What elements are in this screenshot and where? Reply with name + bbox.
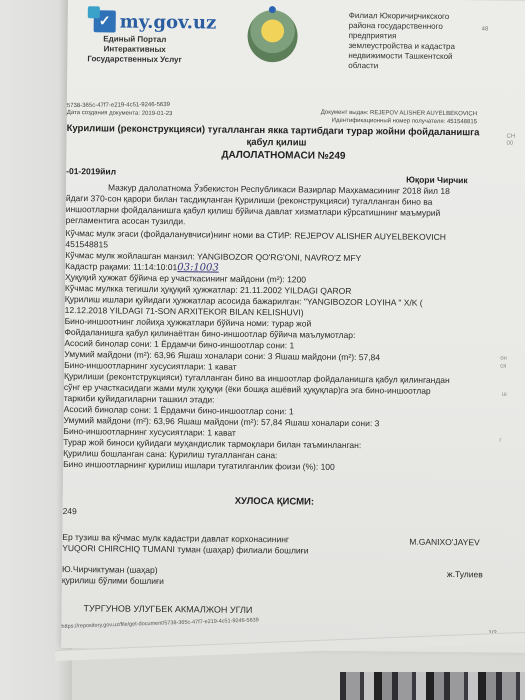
- document-id: 5738-365c-47f7-e219-4c51-9246-5639: [67, 102, 170, 109]
- signature-block-1: Ер тузиш ва кўчмас мулк кадастри давлат …: [62, 532, 309, 557]
- signature-name-2: ж.Тулиев: [447, 569, 483, 580]
- signer-full-name: ТУРГУНОВ УЛУГБЕК АКМАЛЖОН УГЛИ: [84, 603, 253, 616]
- mygov-logo: ✓ my.gov.uz: [94, 10, 217, 33]
- act-date: -01-2019йил: [66, 166, 116, 177]
- checkmark-icon: ✓: [94, 10, 116, 32]
- act-number-title: ДАЛОЛАТНОМАСИ №249: [221, 150, 345, 162]
- signature-name-1: M.GANIXO'JAYEV: [409, 537, 480, 549]
- corner-mark: 48: [482, 26, 489, 32]
- bleed-text: он: [500, 356, 507, 362]
- conclusion-number: 249: [63, 506, 77, 517]
- act-place: Юқори Чирчик: [406, 175, 468, 186]
- conclusion-heading: ХУЛОСА ҚИСМИ:: [235, 496, 314, 508]
- bleed-text: ш: [502, 392, 507, 398]
- bleed-text: ся: [500, 364, 506, 370]
- portal-name: Единый Портал Интерактивных Государствен…: [87, 34, 182, 65]
- background-stripes: [340, 672, 525, 700]
- logo-text: my.gov.uz: [120, 11, 217, 33]
- state-emblem-icon: [247, 10, 298, 63]
- branch-name: Филиал Юкоричирчикского района государст…: [348, 11, 455, 72]
- footer-url: https://repository.gov.uz/file/get-docum…: [61, 617, 258, 630]
- bleed-text: СН: [507, 134, 516, 140]
- signature-block-2: Ю.Чирчиктуман (шаҳар) қурилиш бўлими бош…: [62, 564, 164, 587]
- issued-to: Документ выдан: REJEPOV ALISHER AUYELBEK…: [321, 109, 477, 127]
- title-line-2: қабул қилиш: [246, 137, 306, 149]
- fields-list: Кўчмас мулк эгаси (фойдаланувчиси)нинг н…: [63, 228, 451, 474]
- intro-paragraph: Мазкур далолатнома Ўзбекистон Республика…: [66, 182, 450, 230]
- document-page: ✓ my.gov.uz Единый Портал Интерактивных …: [61, 0, 525, 653]
- created-date: Дата создания документа: 2019-01-23: [67, 110, 173, 117]
- handwritten-cadastre: 03:1003: [177, 262, 219, 273]
- bleed-text: г: [499, 438, 501, 444]
- bleed-text: 00: [506, 141, 513, 147]
